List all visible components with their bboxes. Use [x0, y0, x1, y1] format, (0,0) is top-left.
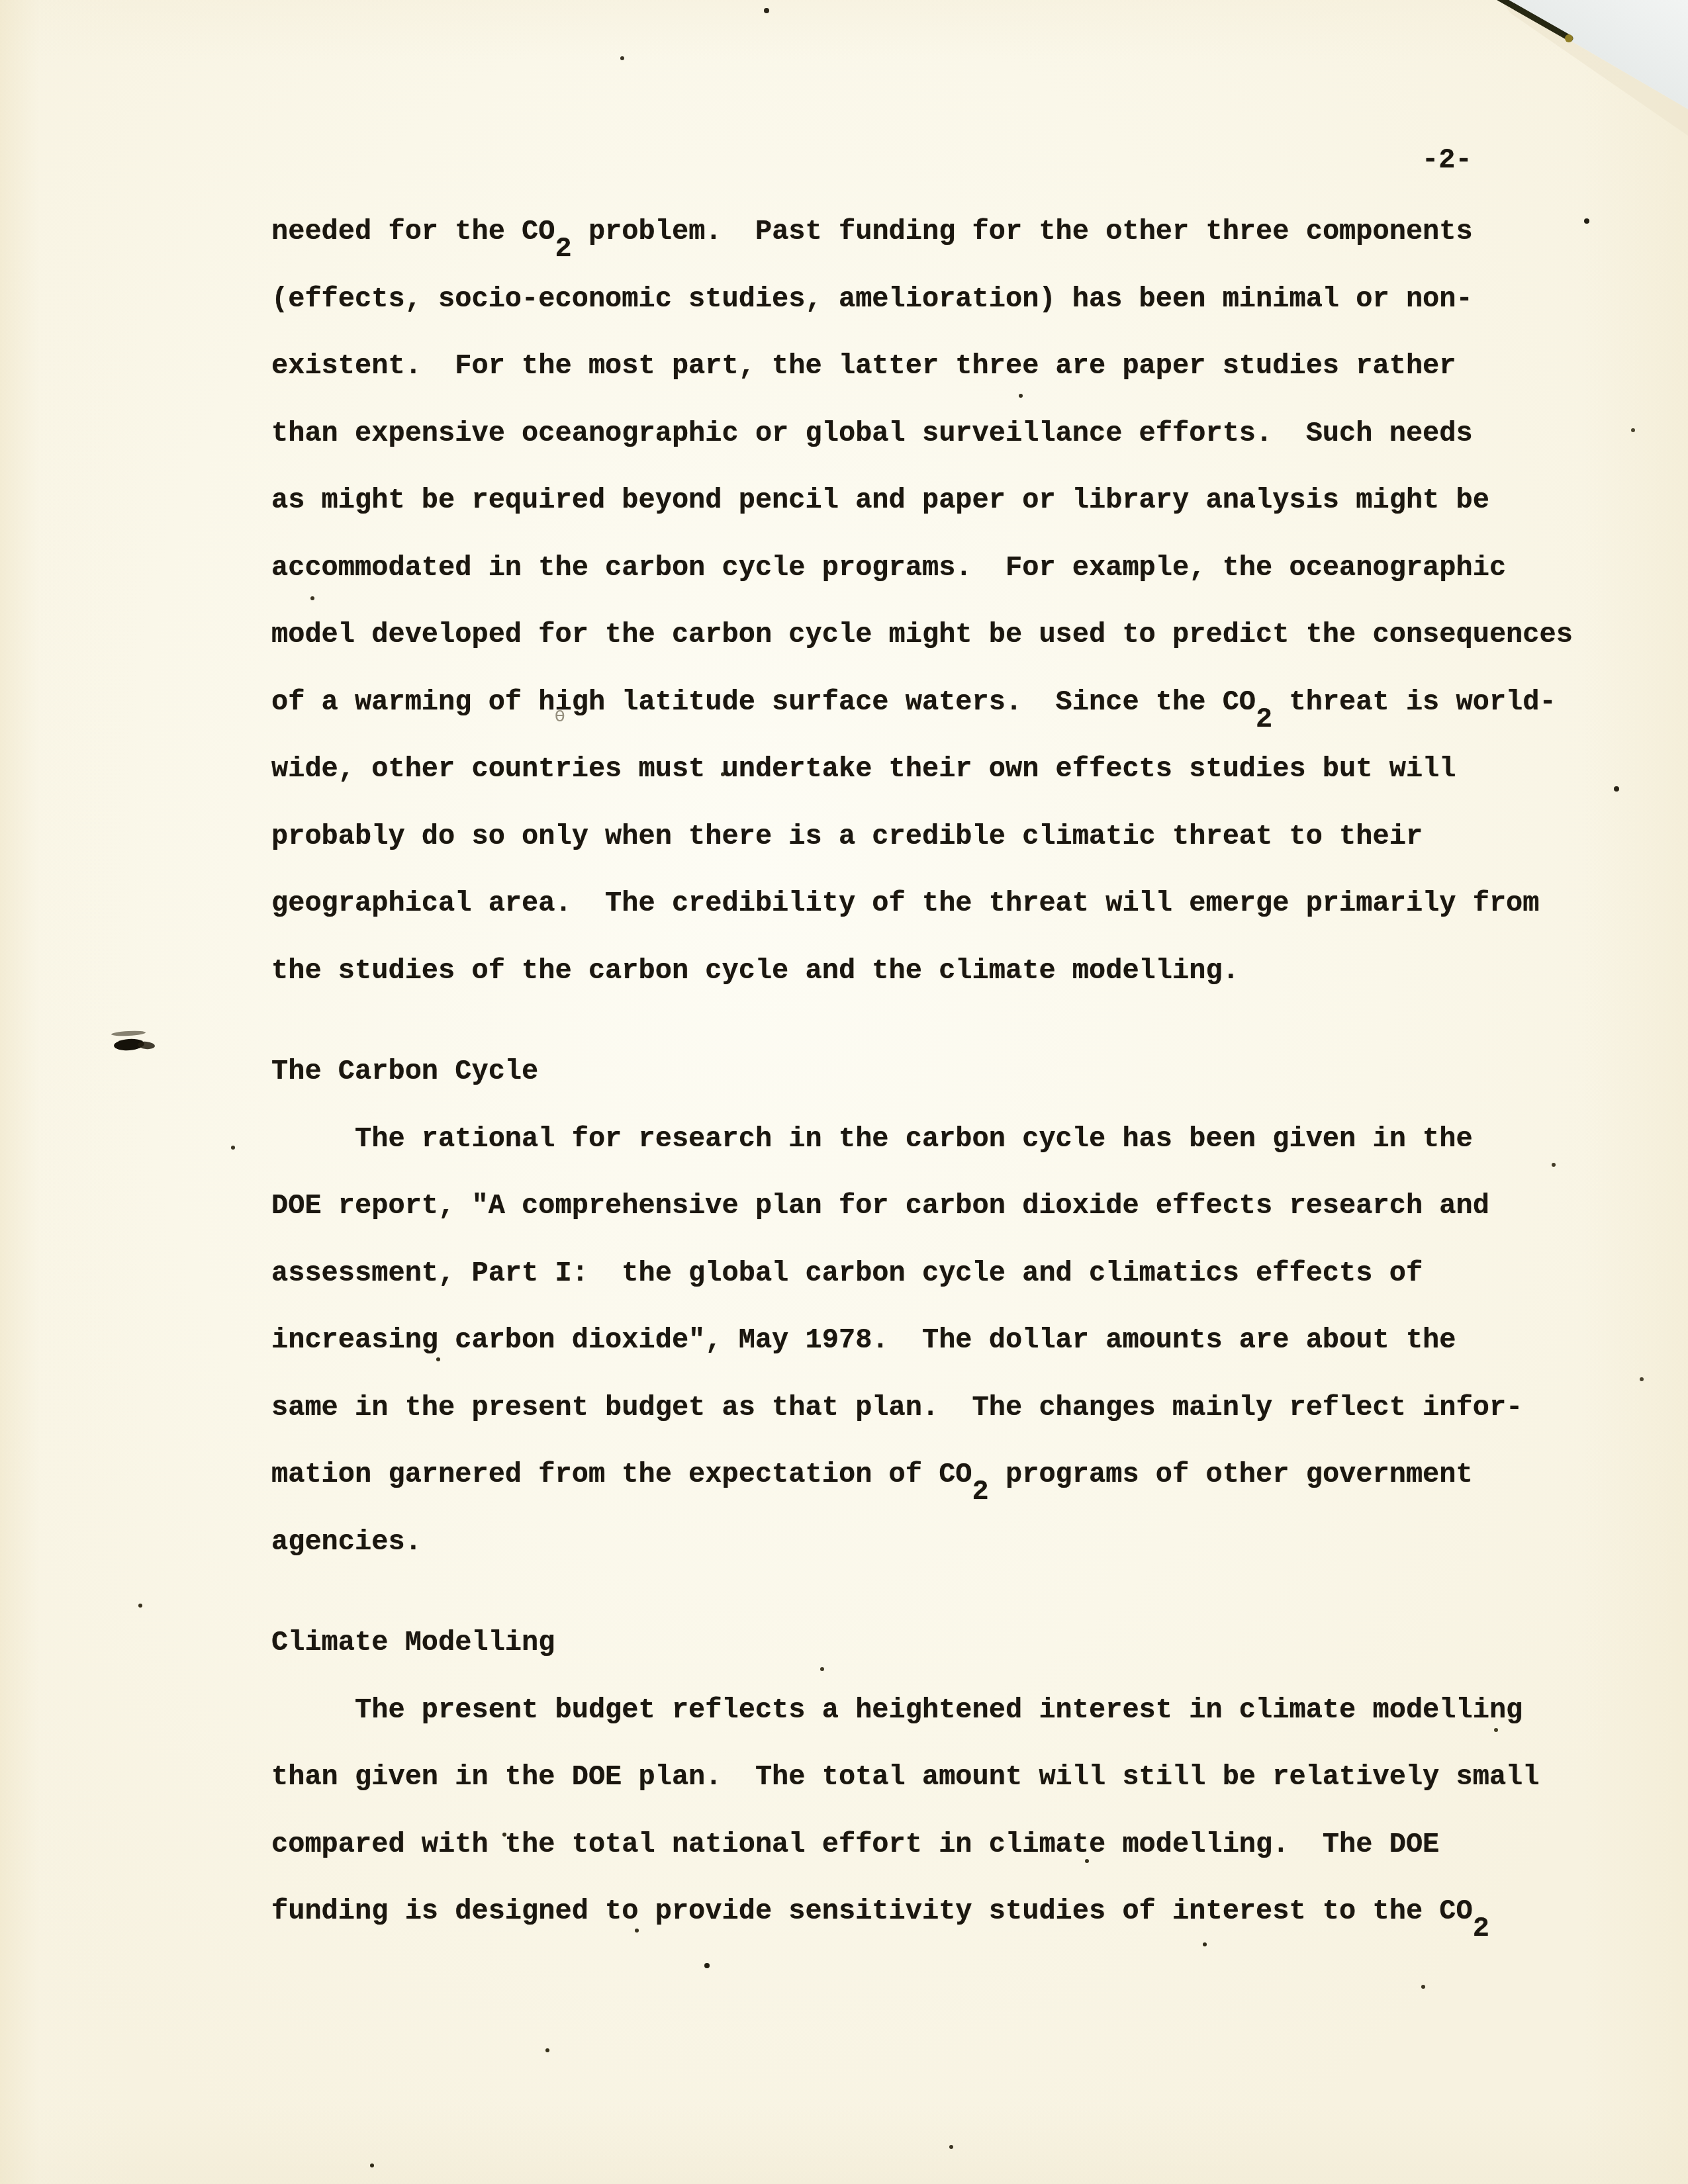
text-line: mation garnered from the expectation of …: [271, 1441, 1662, 1509]
text-line: The present budget reflects a heightened…: [271, 1677, 1662, 1745]
ink-smudge-blob: [111, 1030, 146, 1037]
text-line: (effects, socio-economic studies, amelio…: [271, 266, 1662, 334]
text-line: agencies.: [271, 1509, 1662, 1576]
document-text: needed for the CO2 problem. Past funding…: [271, 199, 1662, 1946]
section-heading: The Carbon Cycle: [271, 1038, 1662, 1106]
text-line: assessment, Part I: the global carbon cy…: [271, 1240, 1662, 1308]
text-line: probably do so only when there is a cred…: [271, 803, 1662, 871]
paragraph: The present budget reflects a heightened…: [271, 1677, 1662, 1946]
text-line: as might be required beyond pencil and p…: [271, 467, 1662, 535]
section-heading: Climate Modelling: [271, 1610, 1662, 1677]
text-line: model developed for the carbon cycle mig…: [271, 602, 1662, 669]
text-line: the studies of the carbon cycle and the …: [271, 938, 1662, 1005]
subscript-2: 2: [972, 1459, 989, 1526]
ink-smudge: [99, 1030, 159, 1059]
text-line: The rational for research in the carbon …: [271, 1106, 1662, 1173]
folded-corner: [1489, 0, 1688, 139]
subscript-2: 2: [1473, 1895, 1489, 1963]
text-line: of a warming of high latitude surface wa…: [271, 669, 1662, 737]
scan-noise-specks: [0, 0, 3, 3]
subscript-2: 2: [555, 216, 571, 283]
text-line: increasing carbon dioxide", May 1978. Th…: [271, 1307, 1662, 1375]
text-line: accommodated in the carbon cycle program…: [271, 535, 1662, 602]
page-number: -2-: [1422, 144, 1472, 176]
text-line: existent. For the most part, the latter …: [271, 333, 1662, 400]
fold-edge-speck: [1565, 34, 1573, 42]
paragraph: needed for the CO2 problem. Past funding…: [271, 199, 1662, 1005]
text-line: than given in the DOE plan. The total am…: [271, 1744, 1662, 1811]
text-line: DOE report, "A comprehensive plan for ca…: [271, 1173, 1662, 1240]
subscript-2: 2: [1256, 686, 1272, 754]
scanned-document-page: { "page": { "number": "-2-" }, "colors":…: [0, 0, 1688, 2184]
paragraph: The rational for research in the carbon …: [271, 1106, 1662, 1576]
text-line: geographical area. The credibility of th…: [271, 870, 1662, 938]
text-line: same in the present budget as that plan.…: [271, 1375, 1662, 1442]
text-line: than expensive oceanographic or global s…: [271, 400, 1662, 468]
text-line: compared with the total national effort …: [271, 1811, 1662, 1879]
text-line: wide, other countries must undertake the…: [271, 736, 1662, 803]
text-line: funding is designed to provide sensitivi…: [271, 1878, 1662, 1946]
ink-smudge-blob: [137, 1041, 155, 1050]
text-line: needed for the CO2 problem. Past funding…: [271, 199, 1662, 266]
